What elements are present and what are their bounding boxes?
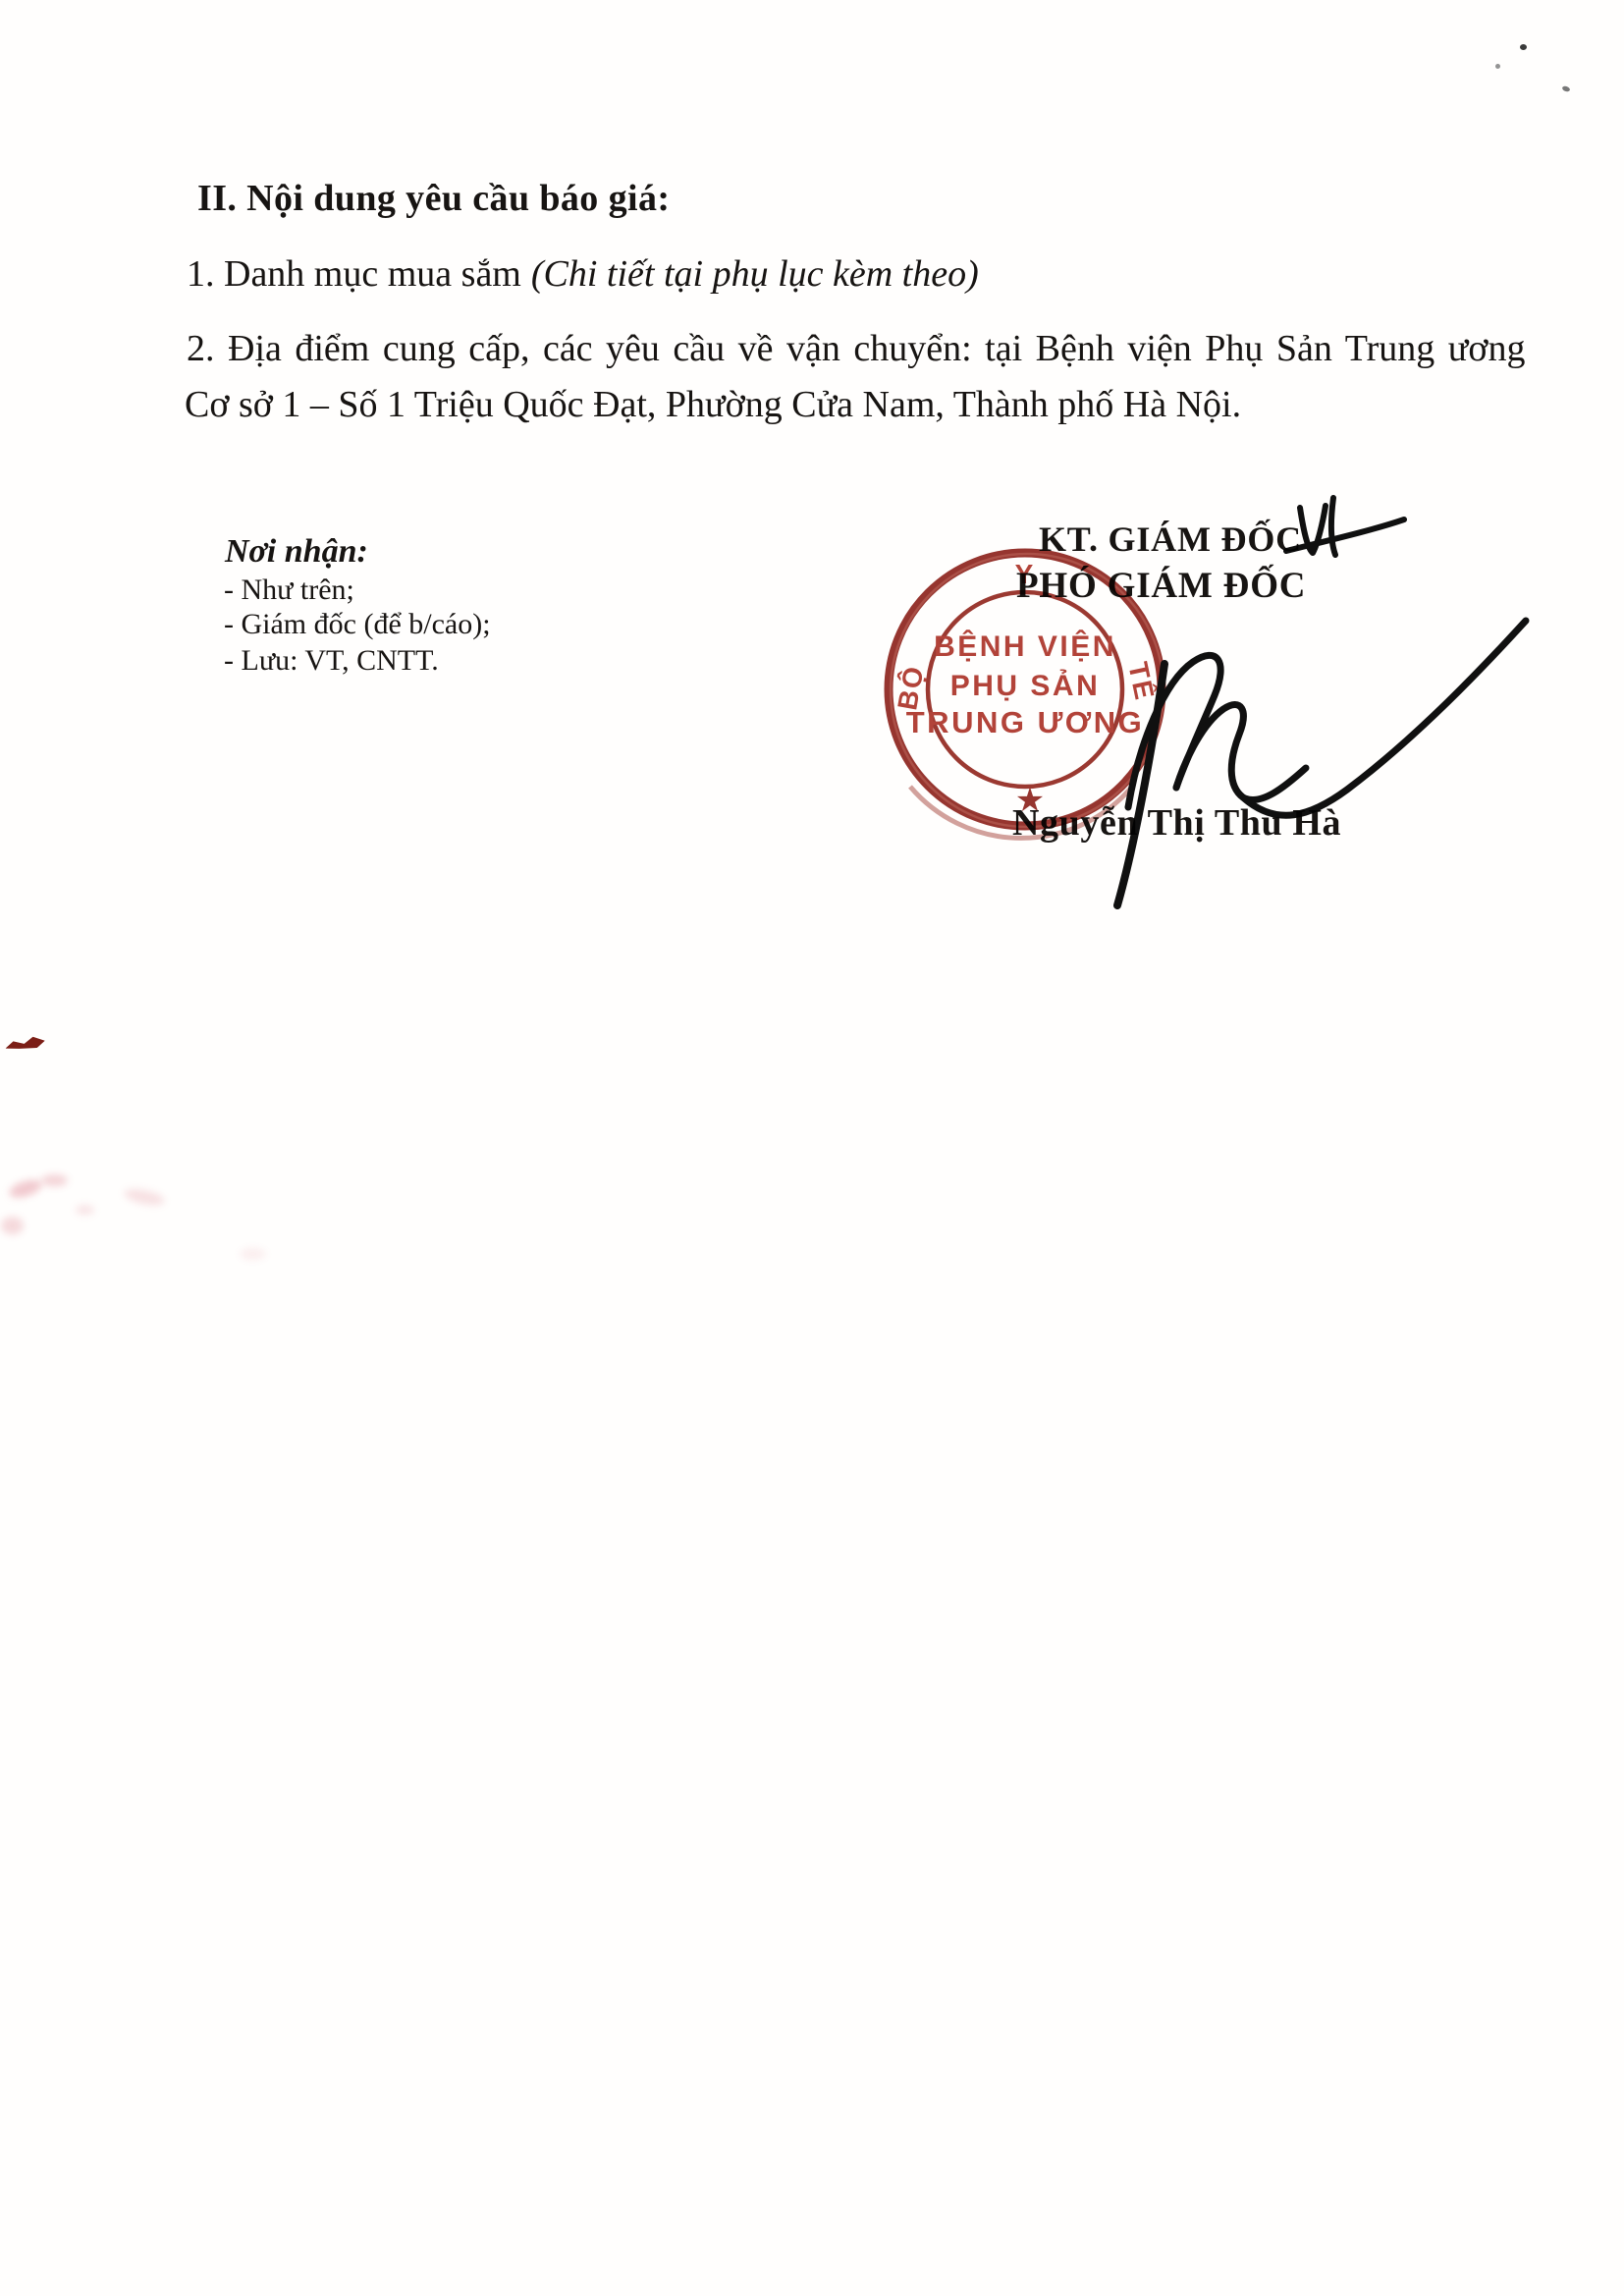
scan-speck — [1561, 85, 1570, 92]
signature-loop1 — [1128, 655, 1220, 807]
stamp-org-line2: PHỤ SẢN — [950, 669, 1101, 702]
list-item-1-note: (Chi tiết tại phụ lục kèm theo) — [531, 253, 979, 295]
signature-descender-stroke — [1117, 664, 1164, 905]
list-item-2-line1: 2. Địa điểm cung cấp, các yêu cầu về vận… — [187, 327, 1525, 370]
list-item-1-text: 1. Danh mục mua sắm — [187, 253, 521, 295]
section-heading: II. Nội dung yêu cầu báo giá: — [197, 177, 670, 220]
stamp-ring-right-letters: TẾ — [1122, 659, 1161, 703]
recipient-item: - Lưu: VT, CNTT. — [224, 644, 439, 678]
signature-long-tail — [1243, 621, 1526, 815]
signature-loop2 — [1176, 704, 1306, 799]
stamp-org-line3: TRUNG ƯƠNG — [906, 705, 1144, 739]
list-item-1: 1. Danh mục mua sắm(Chi tiết tại phụ lục… — [187, 252, 979, 296]
stamp-org-line1: BỆNH VIỆN — [934, 629, 1116, 663]
pink-smudge — [123, 1186, 166, 1208]
signer-name: Nguyễn Thị Thu Hà — [1012, 801, 1341, 845]
recipient-item: - Như trên; — [224, 574, 354, 607]
recipients-label: Nơi nhận: — [225, 533, 368, 571]
pink-smudge — [240, 1248, 266, 1260]
pink-smudge — [1, 1217, 24, 1234]
red-ink-mark — [4, 1034, 46, 1054]
scanned-document-page: II. Nội dung yêu cầu báo giá: 1. Danh mụ… — [0, 0, 1624, 2296]
scan-speck — [1520, 44, 1527, 50]
pink-smudge — [41, 1175, 68, 1186]
signer-title-line1: KT. GIÁM ĐỐC — [1039, 519, 1302, 560]
signature-dash-stroke — [1286, 519, 1404, 551]
scan-speck — [1495, 64, 1500, 69]
pink-smudge — [76, 1205, 94, 1215]
signature-initial-v — [1300, 506, 1326, 553]
stamp-inner-ring — [928, 592, 1122, 787]
stamp-ring-left-letters: BỘ — [891, 663, 930, 713]
pink-smudge — [8, 1176, 44, 1201]
list-item-2-line2: Cơ sở 1 – Số 1 Triệu Quốc Đạt, Phường Cử… — [185, 383, 1241, 426]
signer-title-line2: PHÓ GIÁM ĐỐC — [1016, 565, 1306, 607]
recipient-item: - Giám đốc (để b/cáo); — [224, 608, 491, 641]
signature-initial-hook — [1331, 498, 1335, 555]
